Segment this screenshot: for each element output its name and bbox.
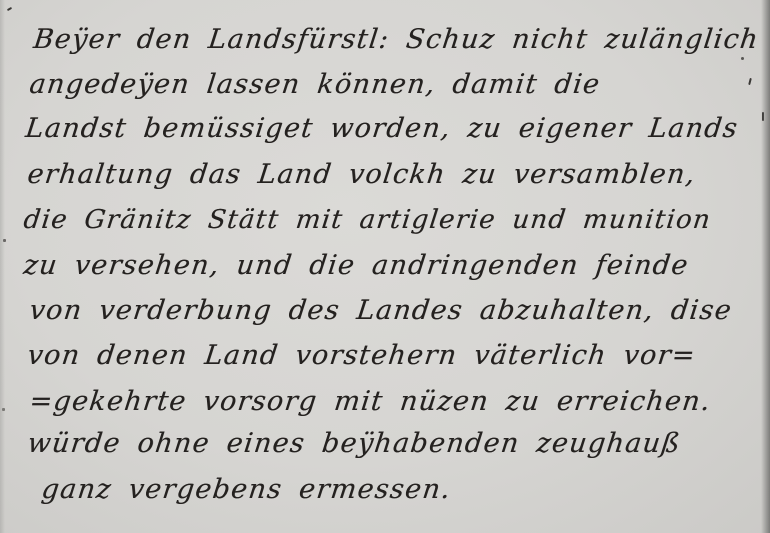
- manuscript-line: die Gränitz Stätt mit artiglerie und mun…: [22, 207, 713, 234]
- manuscript-line: angedeÿen lassen können, damit die: [28, 71, 602, 98]
- manuscript-line: erhaltung das Land volckh zu versamblen,: [26, 161, 697, 188]
- paper-speck: [741, 57, 744, 60]
- scan-edge-shadow: [0, 0, 5, 533]
- manuscript-line: ganz vergebens ermessen.: [40, 476, 453, 503]
- paper-speck: [748, 78, 752, 85]
- manuscript-page: Beÿer den Landsfürstl: Schuz nicht zulän…: [0, 0, 770, 533]
- manuscript-line: von verderbung des Landes abzuhalten, di…: [28, 297, 734, 324]
- manuscript-line: Beÿer den Landsfürstl: Schuz nicht zulän…: [32, 26, 760, 53]
- manuscript-line: =gekehrte vorsorg mit nüzen zu erreichen…: [28, 388, 713, 415]
- scan-edge-shadow: [761, 0, 770, 533]
- paper-speck: [7, 7, 12, 11]
- manuscript-line: würde ohne eines beÿhabenden zeughauß: [26, 430, 682, 457]
- manuscript-line: Landst bemüssiget worden, zu eigener Lan…: [24, 115, 740, 142]
- manuscript-line: von denen Land vorstehern väterlich vor=: [26, 342, 698, 369]
- manuscript-line: zu versehen, und die andringenden feinde: [22, 252, 690, 279]
